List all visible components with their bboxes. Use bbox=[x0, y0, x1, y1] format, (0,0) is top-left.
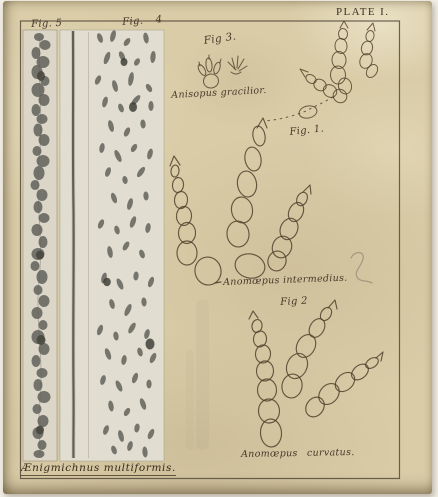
plate-drawing bbox=[0, 0, 438, 497]
scanned-plate: PLATE I. Fig. 5 Fig. 4 Fig 3. Anisopus g… bbox=[0, 0, 438, 497]
plate-title: PLATE I. bbox=[336, 6, 389, 18]
fig1-footprint-upper bbox=[300, 21, 380, 105]
slab-crack-line bbox=[73, 31, 74, 458]
fig1-footprint-main bbox=[170, 118, 311, 287]
fig3-prints bbox=[197, 55, 247, 89]
pencil-mark bbox=[351, 252, 372, 283]
fig4-specimen-slab bbox=[60, 30, 164, 461]
fig1-trail bbox=[264, 97, 333, 121]
fig5-label: Fig. 5 bbox=[31, 18, 62, 30]
pencil-smudges bbox=[186, 300, 209, 450]
fig2-footprint bbox=[249, 300, 383, 448]
fig5-specimen-slab bbox=[23, 30, 57, 461]
fig2-label: Fig 2 bbox=[280, 296, 308, 308]
slab-species-label: Ænigmichnus multiformis. bbox=[21, 462, 176, 476]
fig2-species-label: Anomœpus curvatus. bbox=[241, 447, 355, 460]
